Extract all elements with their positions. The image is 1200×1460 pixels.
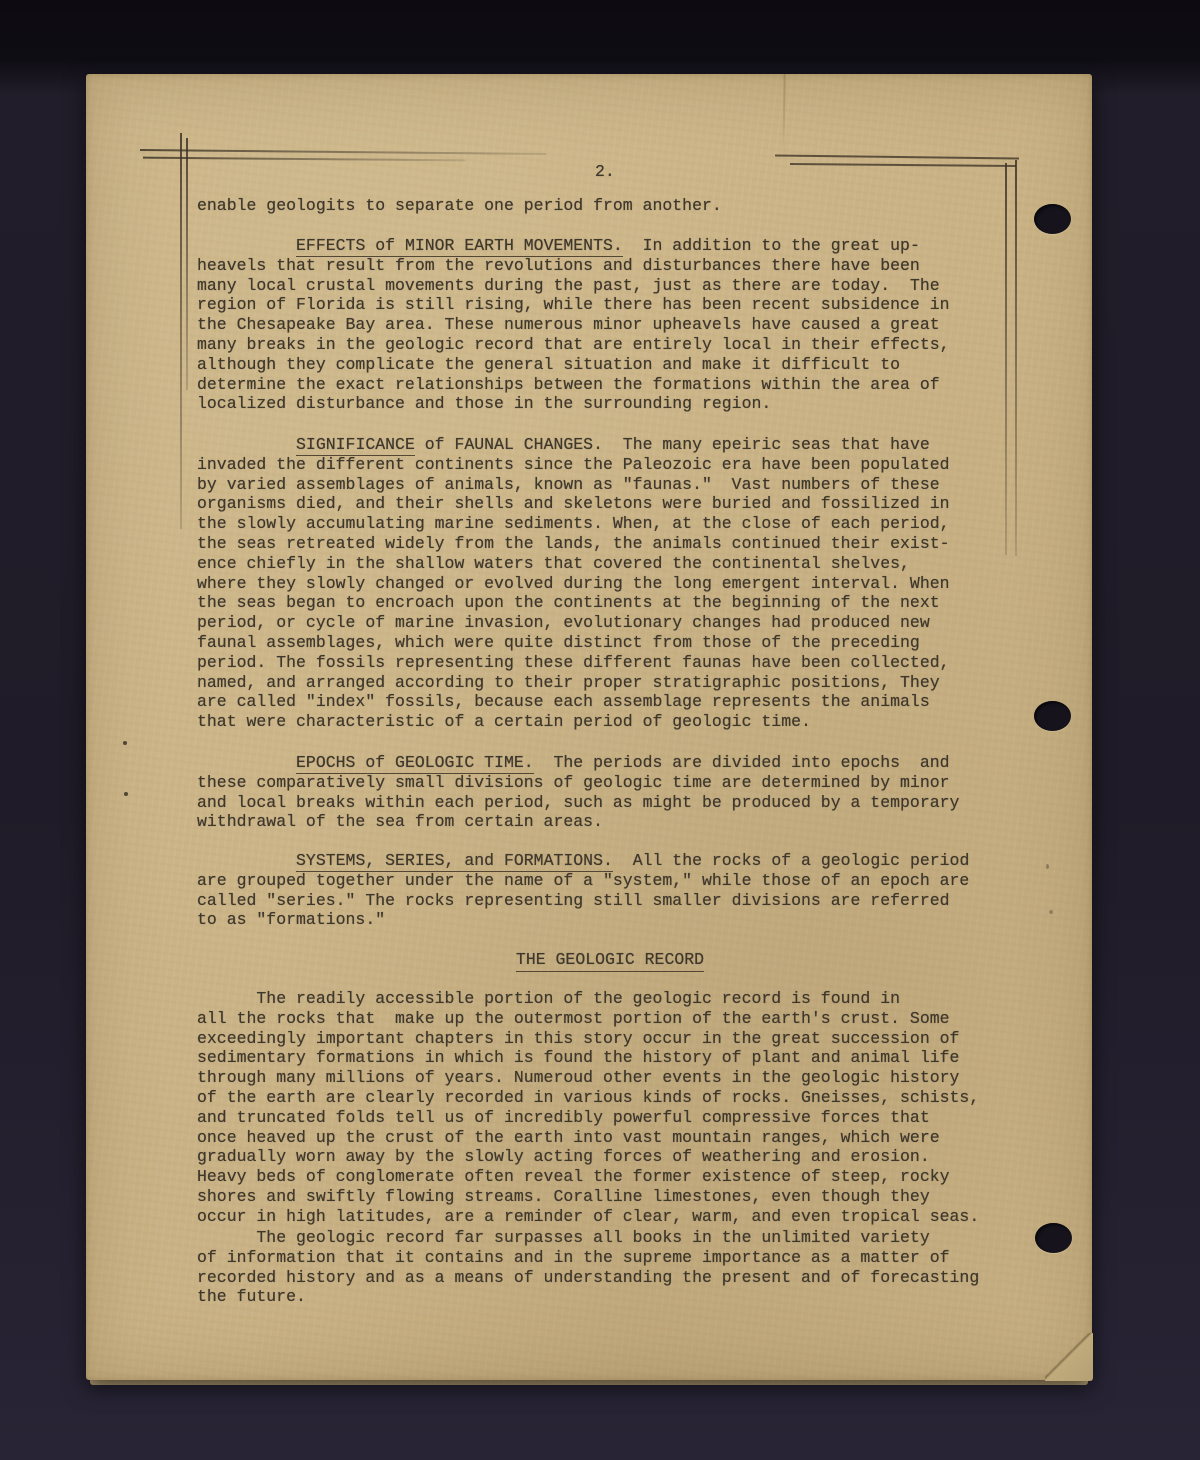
typed-line: many breaks in the geologic record that … (197, 335, 950, 355)
typed-line: the future. (197, 1287, 979, 1307)
typed-line: shores and swiftly flowing streams. Cora… (197, 1187, 979, 1207)
border-line-top-right-outer (775, 155, 1019, 160)
typed-line: many local crustal movements during the … (197, 276, 950, 296)
underlined-heading: SYSTEMS, SERIES, and FORMATIONS. (296, 851, 613, 872)
ink-speck (123, 741, 127, 745)
section-heading-text: THE GEOLOGIC RECORD (516, 950, 704, 972)
typed-line: although they complicate the general sit… (197, 355, 950, 375)
typed-paragraph: EPOCHS of GEOLOGIC TIME. The periods are… (197, 753, 959, 832)
typed-line: of information that it contains and in t… (197, 1248, 979, 1268)
border-line-top-right-inner (790, 163, 1016, 166)
typed-line: Heavy beds of conglomerate often reveal … (197, 1167, 979, 1187)
typed-line: The readily accessible portion of the ge… (197, 989, 979, 1009)
typed-line: invaded the different continents since t… (197, 455, 950, 475)
typed-line: determine the exact relationships betwee… (197, 375, 950, 395)
typed-line: are called "index" fossils, because each… (197, 692, 950, 712)
typed-line: organisms died, and their shells and ske… (197, 494, 950, 514)
section-heading: THE GEOLOGIC RECORD (197, 950, 1023, 970)
typed-line: SIGNIFICANCE of FAUNAL CHANGES. The many… (197, 435, 950, 455)
border-line-left-outer (180, 133, 182, 529)
typed-line: where they slowly changed or evolved dur… (197, 574, 950, 594)
typed-line: EFFECTS of MINOR EARTH MOVEMENTS. In add… (197, 236, 950, 256)
typed-line: the seas began to encroach upon the cont… (197, 593, 950, 613)
typed-line: sedimentary formations in which is found… (197, 1048, 979, 1068)
border-line-right-inner (1005, 163, 1007, 555)
paper-crease (782, 74, 785, 162)
typed-line: SYSTEMS, SERIES, and FORMATIONS. All the… (197, 851, 969, 871)
paper-speck (1049, 910, 1053, 914)
typed-line: faunal assemblages, which were quite dis… (197, 633, 950, 653)
border-line-top-left-outer (140, 149, 546, 155)
paper-speck (1046, 864, 1049, 869)
border-line-top-left-inner (143, 157, 465, 161)
typed-line: occur in high latitudes, are a reminder … (197, 1207, 979, 1227)
typed-line: and truncated folds tell us of incredibl… (197, 1108, 979, 1128)
typed-paragraph: SIGNIFICANCE of FAUNAL CHANGES. The many… (197, 435, 950, 732)
typed-line: enable geologits to separate one period … (197, 196, 722, 216)
typed-line: period, or cycle of marine invasion, evo… (197, 613, 950, 633)
typed-paragraph: The geologic record far surpasses all bo… (197, 1228, 979, 1307)
underlined-heading: EFFECTS of MINOR EARTH MOVEMENTS. (296, 236, 623, 257)
punch-hole-top (1034, 204, 1071, 234)
typed-line: named, and arranged according to their p… (197, 673, 950, 693)
punch-hole-middle (1034, 701, 1071, 731)
typed-line: by varied assemblages of animals, known … (197, 475, 950, 495)
border-line-right-outer (1015, 160, 1017, 556)
underlined-heading: EPOCHS of GEOLOGIC TIME. (296, 753, 534, 774)
typed-paragraph: SYSTEMS, SERIES, and FORMATIONS. All the… (197, 851, 969, 930)
document-page: 2. THE GEOLOGIC RECORD enable geologits … (86, 74, 1092, 1380)
typed-line: that were characteristic of a certain pe… (197, 712, 950, 732)
typed-line: and local breaks within each period, suc… (197, 793, 959, 813)
typed-line: region of Florida is still rising, while… (197, 295, 950, 315)
corner-fold (1045, 1333, 1093, 1381)
typed-line: once heaved up the crust of the earth in… (197, 1128, 979, 1148)
typed-paragraph: EFFECTS of MINOR EARTH MOVEMENTS. In add… (197, 236, 950, 414)
typed-line: through many millions of years. Numeroud… (197, 1068, 979, 1088)
typed-line: The geologic record far surpasses all bo… (197, 1228, 979, 1248)
typed-line: these comparatively small divisions of g… (197, 773, 959, 793)
typed-paragraph: The readily accessible portion of the ge… (197, 989, 979, 1227)
typed-line: the seas retreated widely from the lands… (197, 534, 950, 554)
punch-hole-bottom (1035, 1223, 1072, 1253)
typed-line: localized disturbance and those in the s… (197, 394, 950, 414)
typed-line: to as "formations." (197, 910, 969, 930)
typed-line: gradually worn away by the slowly acting… (197, 1147, 979, 1167)
typed-line: period. The fossils representing these d… (197, 653, 950, 673)
typed-line: ence chiefly in the shallow waters that … (197, 554, 950, 574)
underlined-heading: SIGNIFICANCE (296, 435, 415, 456)
typed-line: withdrawal of the sea from certain areas… (197, 812, 959, 832)
scan-background: 2. THE GEOLOGIC RECORD enable geologits … (0, 0, 1200, 1460)
typed-line: EPOCHS of GEOLOGIC TIME. The periods are… (197, 753, 959, 773)
typed-line: recorded history and as a means of under… (197, 1268, 979, 1288)
typed-line: the slowly accumulating marine sediments… (197, 514, 950, 534)
typed-line: of the earth are clearly recorded in var… (197, 1088, 979, 1108)
typed-line: are grouped together under the name of a… (197, 871, 969, 891)
ink-speck (124, 792, 128, 796)
typed-line: called "series." The rocks representing … (197, 891, 969, 911)
page-number: 2. (595, 162, 615, 181)
border-line-left-inner (186, 138, 188, 390)
typed-line: heavels that result from the revolutions… (197, 256, 950, 276)
typed-paragraph: enable geologits to separate one period … (197, 196, 722, 216)
typed-line: exceedingly important chapters in this s… (197, 1029, 979, 1049)
typed-line: the Chesapeake Bay area. These numerous … (197, 315, 950, 335)
typed-line: all the rocks that make up the outermost… (197, 1009, 979, 1029)
